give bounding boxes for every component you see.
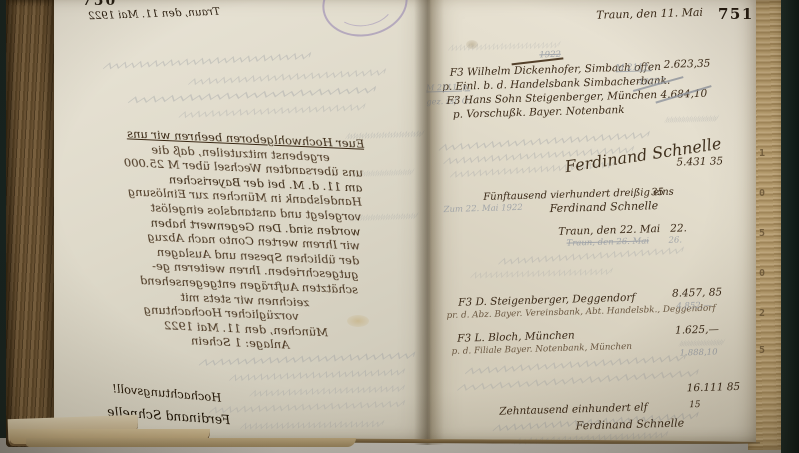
pencil-date-line: Traun, den 26. Mai [566, 236, 649, 248]
carry-amount: 5.431 35 [676, 155, 723, 168]
ghost-handwriting [662, 113, 720, 126]
ghost-handwriting [207, 399, 407, 417]
total-amount: 16.111 85 [687, 381, 741, 394]
book-spine [6, 0, 54, 447]
entry-line: F3 L. Bloch, München [457, 329, 575, 344]
ghost-handwriting [468, 266, 614, 281]
right-page-content: Traun, den 11. Mai 1922 F3 Wilhelm Dicke… [424, 0, 762, 448]
total-pfennig: 15 [689, 400, 701, 410]
fore-edge-digit: 5 [759, 345, 765, 356]
pencil-annotation: M 2111. [616, 62, 652, 73]
sum-signature: Ferdinand Schnelle [549, 199, 658, 215]
sum-pfennig: 35 [651, 187, 664, 198]
background-right [781, 0, 799, 453]
ghost-handwriting [227, 367, 406, 384]
fore-edge-digit: 1 [759, 148, 765, 159]
ghost-handwriting [497, 245, 686, 268]
ghost-handwriting [101, 51, 313, 72]
entry-amount: 2.623,35 [663, 58, 710, 71]
page-corner-stack [26, 438, 356, 447]
fore-edge-digit: 0 [759, 268, 765, 279]
value-date-note: Zum 22. Mai 1922 [443, 203, 522, 215]
ghost-handwriting [238, 419, 386, 432]
header-date: Traun, den 11. Mai [596, 6, 703, 22]
pencil-date-value: 26. [668, 235, 682, 245]
fore-edge-digit: 5 [759, 228, 765, 239]
pencil-amount: 4.852,— [676, 301, 712, 312]
ghost-handwriting [676, 337, 726, 349]
fore-edge-digit: 2 [759, 308, 765, 319]
left-page: 750 Traun, den 11. Mai 1922 Euer Hochwoh… [52, 0, 430, 442]
mirrored-letter-block: Euer Hochwohlgeboren beehren wir uns erg… [51, 123, 364, 355]
left-page-number: 750 [82, 0, 117, 9]
entry-line: p. Vorschußk. Bayer. Notenbank [453, 104, 625, 121]
entry-amount: 1.625,— [675, 323, 719, 336]
entry-amount: 8.457, 85 [672, 286, 722, 299]
fore-edge-digit: 0 [759, 188, 765, 199]
ghost-handwriting [248, 383, 407, 399]
right-page: 751 Traun, den 11. Mai 1922 F3 Wilhelm D… [430, 0, 756, 443]
date-line-value: 22. [670, 222, 687, 234]
ledger-photograph: 1 0 5 0 2 5 750 Traun, den 11. Mai 1922 … [0, 0, 799, 453]
pencil-margin-note: M 2111. p. [426, 82, 470, 92]
ghost-handwriting [177, 102, 367, 121]
mirrored-closing-line: Hochachtungsvoll! [112, 381, 222, 404]
